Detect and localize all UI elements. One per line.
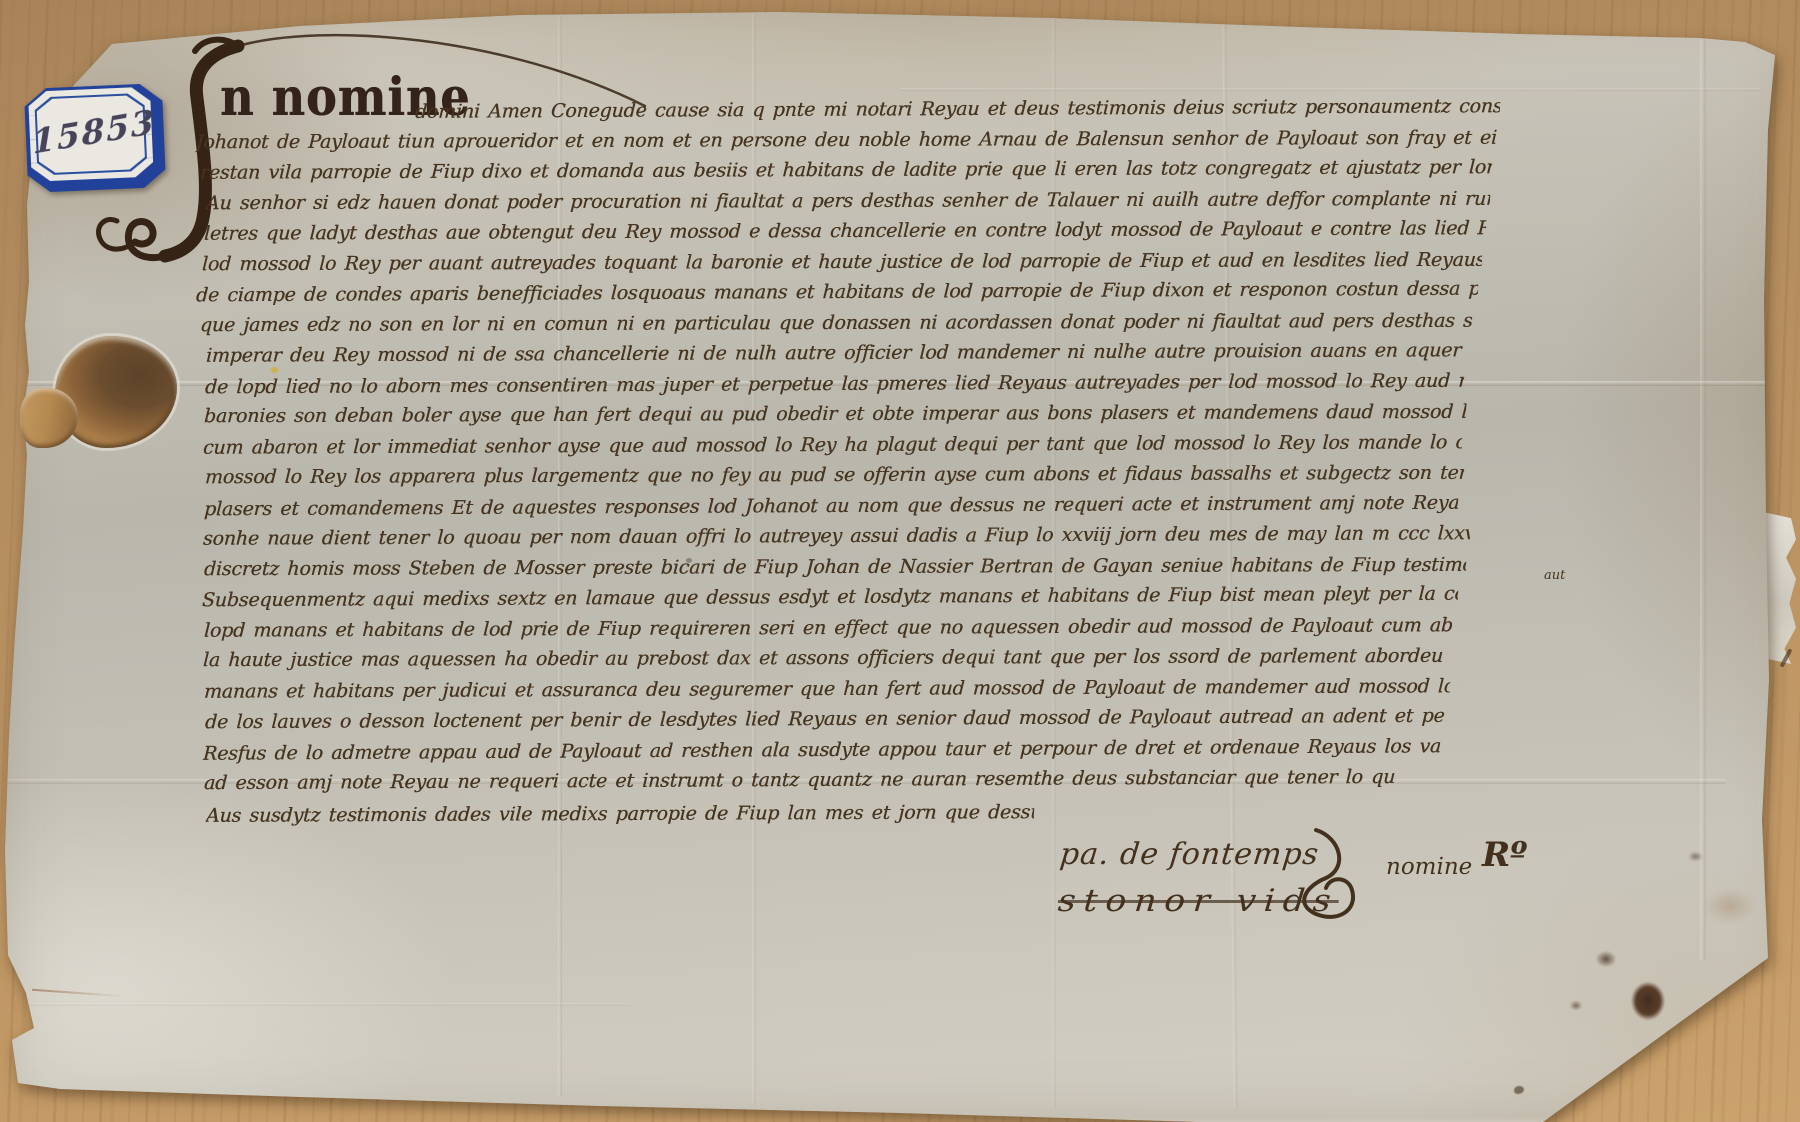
manuscript-line: baronies son deban boler ayse que han fe… (203, 399, 1466, 429)
notary-signature-initial: Rº (1482, 838, 1527, 872)
manuscript-line: letres que ladyt desthas aue obtengut de… (203, 215, 1486, 247)
manuscript-line: discretz homis moss Steben de Mosser pre… (203, 552, 1466, 582)
photograph-scene: n nomine domini Amen Conegude cause sia … (0, 0, 1800, 1122)
ink-stain (1686, 850, 1705, 863)
manuscript-line: lopd manans et habitans de lod prie de F… (203, 612, 1452, 643)
manuscript-line: la haute justice mas aquessen ha obedir … (202, 643, 1448, 673)
ink-stain (1626, 976, 1670, 1026)
manuscript-line: restan vila parropie de Fiup dixo et dom… (199, 154, 1492, 186)
manuscript-line: Subsequenmentz aqui medixs sextz en lama… (201, 581, 1458, 614)
parchment-document: n nomine domini Amen Conegude cause sia … (0, 0, 1800, 1122)
manuscript-line: que james edz no son en lor ni en comun … (199, 308, 1472, 338)
fold-crease-horizontal (10, 1003, 630, 1006)
ink-stain (1592, 948, 1620, 970)
manuscript-line: de los lauves o desson loctenent per ben… (204, 703, 1446, 736)
fold-crease-horizontal (900, 88, 1760, 91)
manuscript-line: ad esson amj note Reyau ne requeri acte … (203, 764, 1396, 796)
ink-stain (1514, 1086, 1524, 1094)
ink-stain (1568, 999, 1584, 1012)
manuscript-line: Johanot de Payloaut tiun aproueridor et … (195, 125, 1497, 156)
manuscript-line: imperar deu Rey mossod ni de ssa chancel… (205, 337, 1468, 369)
crack-line (32, 989, 124, 997)
notary-signature-name: pa. de fontemps (1058, 840, 1320, 870)
rust-smudge (1698, 884, 1762, 928)
interlinear-addition: aut (1544, 569, 1565, 582)
manuscript-line: Aus susdytz testimonis dades vile medixs… (205, 799, 1034, 829)
manuscript-line: plasers et comandemens Et de aquestes re… (203, 490, 1458, 523)
manuscript-line: Resfus de lo admetre appau aud de Payloa… (202, 733, 1440, 767)
parchment-wrapper: n nomine domini Amen Conegude cause sia … (0, 0, 1800, 1122)
manuscript-line: Au senhor si edz hauen donat poder procu… (205, 186, 1490, 216)
manuscript-line: manans et habitans per judicui et assura… (203, 673, 1450, 704)
manuscript-line: lod mossod lo Rey per auant autreyades t… (201, 247, 1482, 277)
manuscript-line: de lopd lied no lo aborn mes consentiren… (204, 368, 1464, 401)
manuscript-line: cum abaron et lor immediat senhor ayse q… (202, 429, 1462, 460)
archive-label: 15853 (24, 83, 166, 193)
manuscript-line: mossod lo Rey los apparera plus largemen… (204, 460, 1464, 490)
manuscript-line: de ciampe de condes aparis benefficiades… (195, 276, 1478, 309)
notary-signature-word: nomine (1386, 856, 1472, 879)
manuscript-line: sonhe naue dient tener lo quoau per nom … (202, 520, 1470, 552)
manuscript-line: domini Amen Conegude cause sia q pnte mi… (414, 93, 1500, 125)
fold-crease-vertical (1700, 40, 1706, 960)
notary-mark-flourish: stonor vids (1057, 886, 1340, 917)
